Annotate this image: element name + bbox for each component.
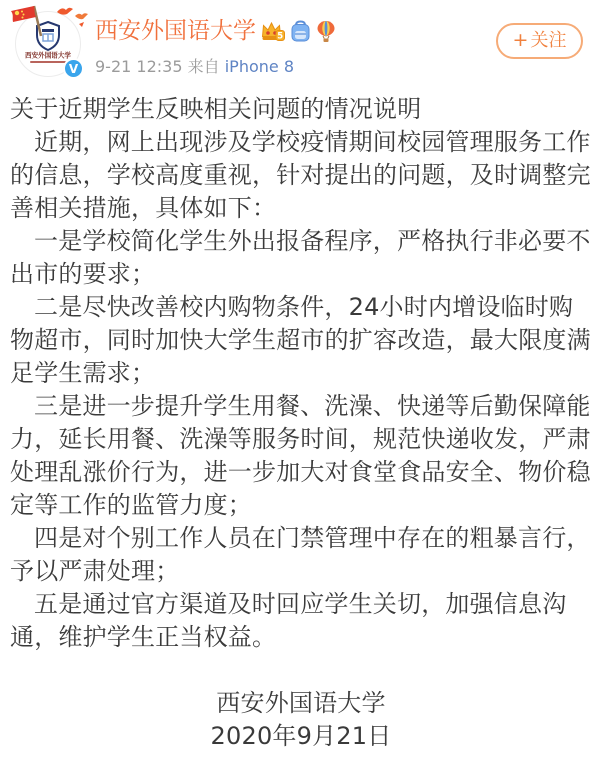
doves-icon [55,4,91,32]
crown-vip-icon[interactable]: 5 [261,20,285,42]
plus-icon: + [513,31,529,50]
name-row: 西安外国语大学 5 [95,16,336,46]
post-paragraph: 五是通过官方渠道及时回应学生关切，加强信息沟通，维护学生正当权益。 [10,588,592,654]
post-paragraph: 二是尽快改善校内购物条件，24小时内增设临时购物超市，同时加快大学生超市的扩容改… [10,291,592,390]
post-meta: 9-21 12:35 来自 iPhone 8 [95,54,294,77]
signature-date: 2020年9月21日 [10,720,592,753]
backpack-icon[interactable] [290,20,311,42]
signature-block: 西安外国语大学 2020年9月21日 [10,687,592,753]
weibo-post: 西安外国语大学 V 西安外国语大学 [0,0,602,775]
post-paragraph: 四是对个别工作人员在门禁管理中存在的粗暴言行，予以严肃处理； [10,522,592,588]
via-label: 来自 [188,57,220,76]
post-paragraph: 一是学校简化学生外出报备程序，严格执行非必要不出市的要求； [10,225,592,291]
timestamp: 9-21 12:35 [95,57,183,76]
post-title: 关于近期学生反映相关问题的情况说明 [10,93,592,126]
hot-air-balloon-icon[interactable] [316,20,336,43]
post-paragraph: 三是进一步提升学生用餐、洗澡、快递等后勤保障能力，延长用餐、洗澡等服务时间，规范… [10,390,592,522]
avatar[interactable]: 西安外国语大学 V [15,11,81,77]
avatar-org-text: 西安外国语大学 [25,52,71,59]
follow-button-label: 关注 [530,32,566,50]
red-flag-icon [8,2,52,38]
post-body: 关于近期学生反映相关问题的情况说明 近期，网上出现涉及学校疫情期间校园管理服务工… [0,88,602,753]
source-device-link[interactable]: iPhone 8 [225,57,294,76]
verified-badge: V [63,58,84,79]
avatar-subtitle-line [30,61,66,63]
svg-text:5: 5 [277,31,283,41]
username-link[interactable]: 西安外国语大学 [95,16,256,46]
post-header: 西安外国语大学 V 西安外国语大学 [0,0,602,88]
post-paragraph: 近期，网上出现涉及学校疫情期间校园管理服务工作的信息，学校高度重视，针对提出的问… [10,126,592,225]
follow-button[interactable]: + 关注 [496,23,583,59]
signature-org: 西安外国语大学 [10,687,592,720]
